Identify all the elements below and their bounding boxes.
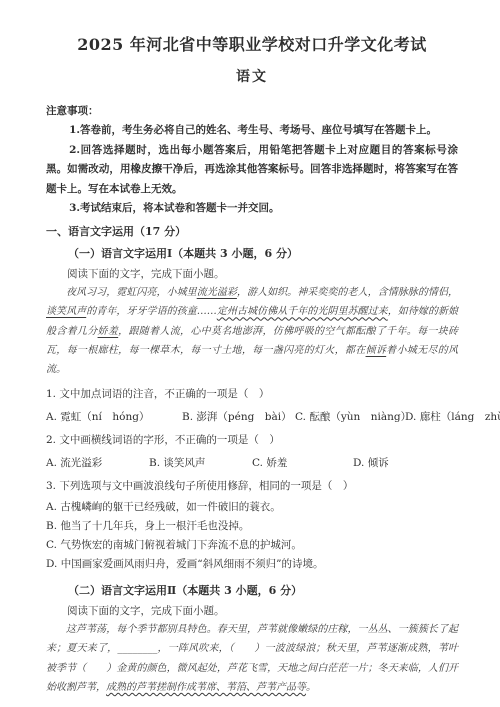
q2-option-c: C. 娇羞 — [252, 452, 353, 475]
q1-option-d: D. 廊柱（láng zhù） — [405, 406, 500, 429]
exam-subject: 语文 — [46, 68, 458, 86]
passage-segment-plain: ，游人如织。神采奕奕的老人，含情脉脉的情侣， — [237, 287, 458, 298]
part-2-passage: 这芦苇荡，每个季节都别具特色。春天里，芦苇就像嫩绿的庄稼，一丛丛、一簇簇长了起来… — [46, 620, 458, 697]
notice-item-3: 3.考试结束后，将本试卷和答题卡一并交回。 — [46, 199, 458, 219]
passage-segment-underline: 流光溢彩 — [197, 287, 237, 298]
passage-segment-underline: 倾诉 — [366, 345, 387, 356]
q3-option-c: C. 气势恢宏的南城门俯视着城门下奔流不息的护城河。 — [46, 536, 458, 555]
notice-heading: 注意事项： — [46, 101, 458, 121]
part-2-heading: （二）语言文字运用Ⅱ（本题共 3 小题，6 分） — [46, 580, 458, 601]
exam-paper-page: 2025 年河北省中等职业学校对口升学文化考试 语文 注意事项： 1.答卷前，考… — [0, 0, 500, 707]
question-2-options: A. 流光溢彩 B. 谈笑风声 C. 娇羞 D. 倾诉 — [46, 452, 458, 475]
part-1-intro: 阅读下面的文字，完成下面小题。 — [46, 265, 458, 284]
question-3-stem: 3. 下列选项与文中画波浪线句子所使用修辞，相同的一项是（ ） — [46, 475, 458, 498]
q2-option-b: B. 谈笑风声 — [149, 452, 252, 475]
q1-option-c: C. 酝酿（yùn niàng） — [295, 406, 405, 429]
notice-item-1: 1.答卷前，考生务必将自己的姓名、考生号、考场号、座位号填写在答题卡上。 — [46, 121, 458, 141]
q1-option-b: B. 澎湃（péng bài） — [182, 406, 295, 429]
passage-segment-wavy: 定州古城仿佛从千年的光阴里苏醒过来 — [217, 306, 388, 317]
question-2-stem: 2. 文中画横线词语的字形，不正确的一项是（ ） — [46, 429, 458, 452]
passage-segment-underline: 谈笑风声 — [46, 306, 86, 317]
passage-segment-plain: 夜风习习，霓虹闪亮，小城里 — [66, 287, 197, 298]
q2-option-a: A. 流光溢彩 — [46, 452, 149, 475]
question-1-options: A. 霓虹（ní hóng） B. 澎湃（péng bài） C. 酝酿（yùn… — [46, 406, 458, 429]
part-2-intro: 阅读下面的文字，完成下面小题。 — [46, 602, 458, 621]
passage-segment-plain: 的青年，牙牙学语的孩童…… — [86, 306, 217, 317]
passage-segment-underline: 娇羞 — [98, 326, 119, 337]
exam-title: 2025 年河北省中等职业学校对口升学文化考试 — [46, 34, 458, 55]
part-1-heading: （一）语言文字运用Ⅰ（本题共 3 小题，6 分） — [46, 243, 458, 264]
passage-segment-plain: 。 — [306, 682, 316, 693]
q3-option-b: B. 他当了十几年兵，身上一根汗毛也没掉。 — [46, 517, 458, 536]
passage-segment-wavy: 成熟的芦苇搓制作成苇席、苇箔、芦苇产品等 — [106, 682, 306, 693]
section-1-heading: 一、语言文字运用（17 分） — [46, 222, 458, 242]
question-1-stem: 1. 文中加点词语的注音，不正确的一项是（ ） — [46, 383, 458, 406]
q3-option-d: D. 中国画家爱画风雨归舟，爱画“斜风细雨不须归”的诗境。 — [46, 555, 458, 574]
q2-option-d: D. 倾诉 — [353, 452, 389, 475]
notice-item-2: 2.回答选择题时，选出每小题答案后，用铅笔把答题卡上对应题目的答案标号涂黑。如需… — [46, 141, 458, 200]
passage-segment-plain: ________ — [117, 643, 157, 654]
part-1-passage: 夜风习习，霓虹闪亮，小城里流光溢彩，游人如织。神采奕奕的老人，含情脉脉的情侣，谈… — [46, 283, 458, 379]
q1-option-a: A. 霓虹（ní hóng） — [46, 406, 182, 429]
q3-option-a: A. 古槐嶙峋的躯干已经残破，如一件破旧的蓑衣。 — [46, 498, 458, 517]
